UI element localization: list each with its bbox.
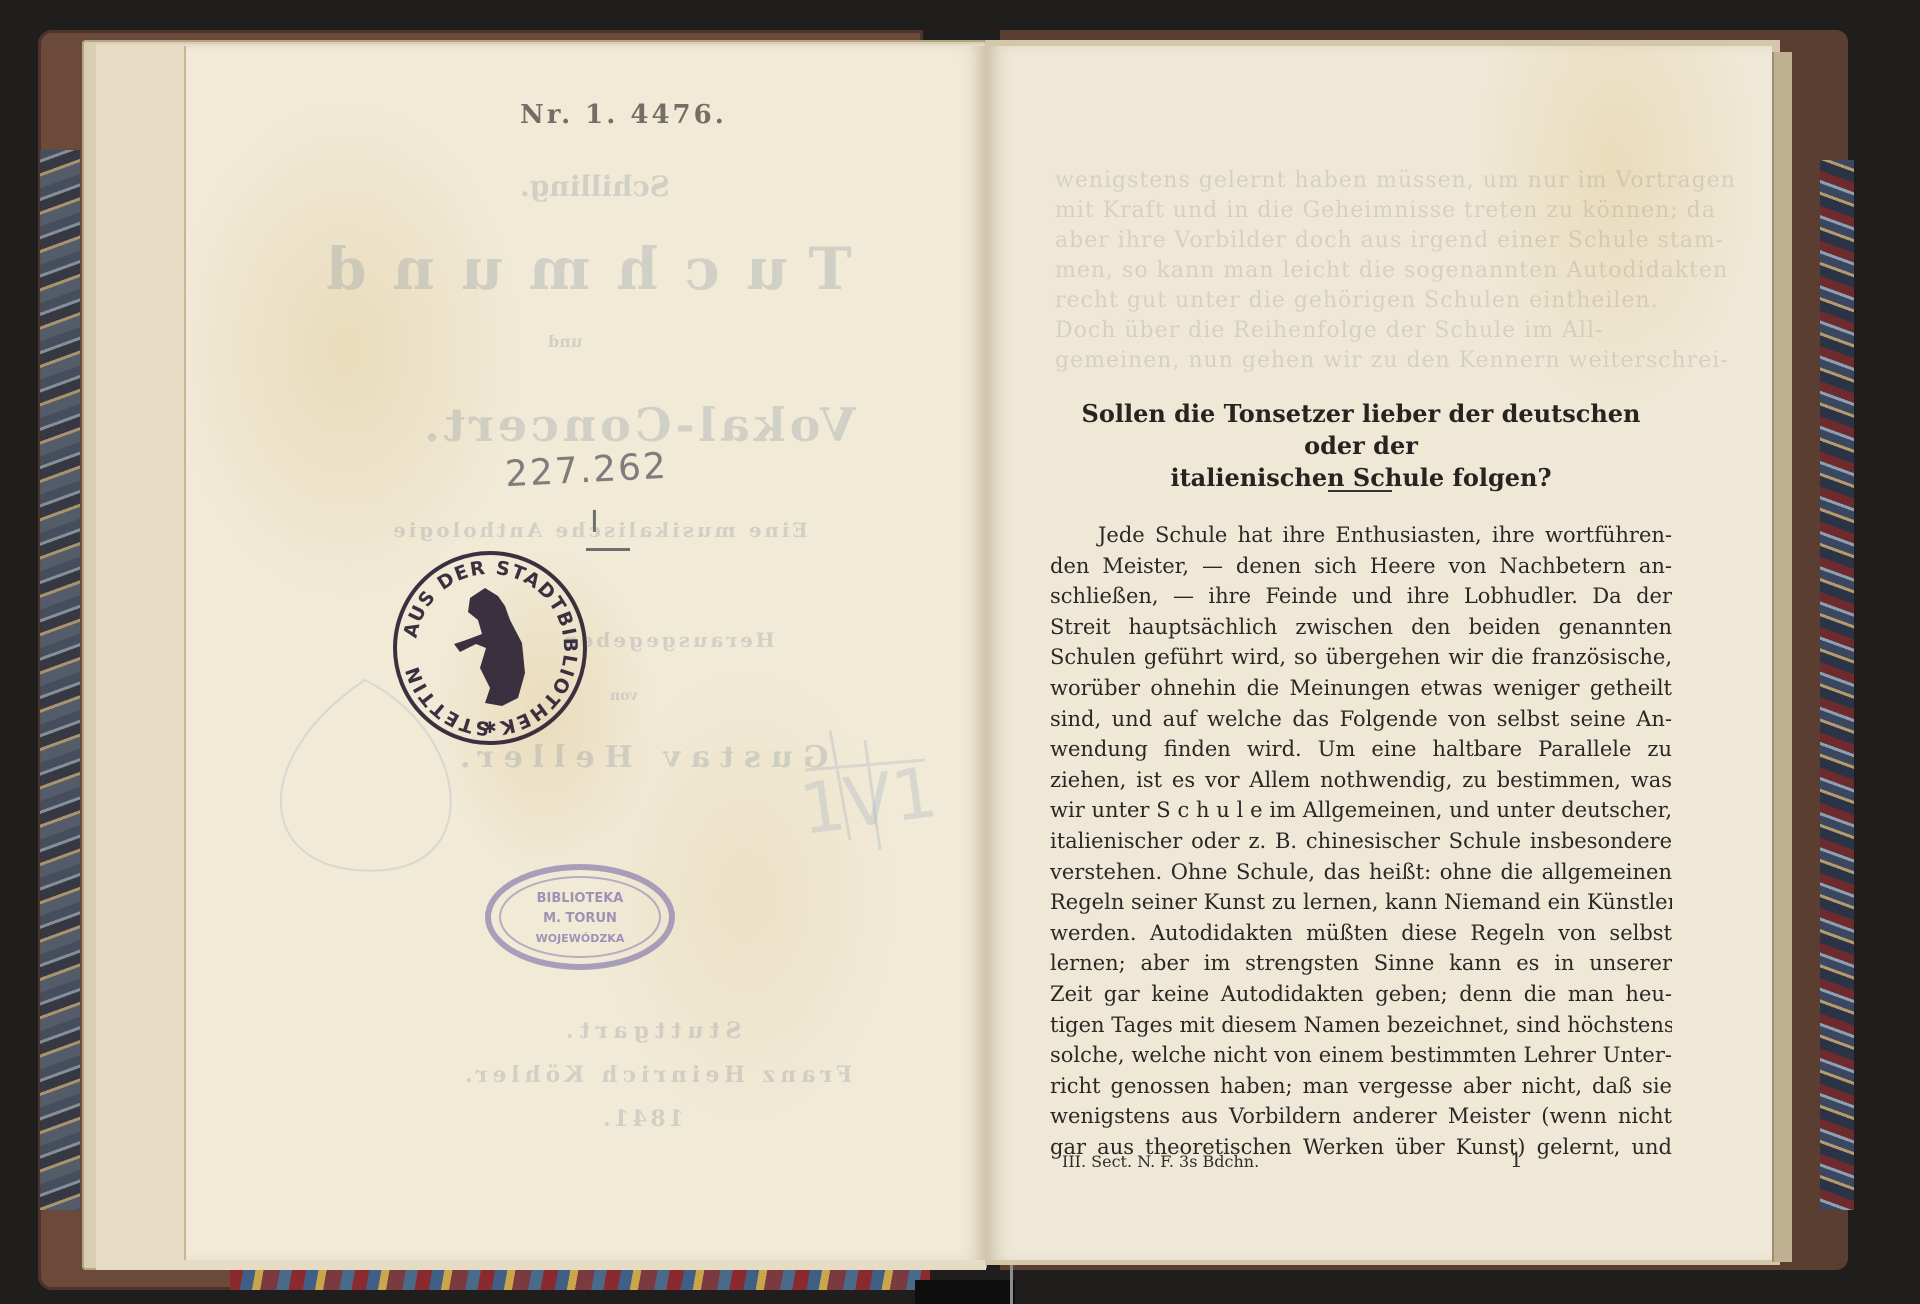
text-line: solche, welche nicht von einem bestimmte… <box>1050 1040 1672 1071</box>
handwritten-shelfmark-sub: I <box>590 505 599 540</box>
shelfmark-underline <box>586 548 630 551</box>
text-line: Streit hauptsächlich zwischen den beiden… <box>1050 612 1672 643</box>
heading-rule <box>1328 490 1392 492</box>
ghost-line: Franz Heinrich Köhler. <box>460 1062 852 1088</box>
ghost-line: 1841. <box>600 1106 684 1132</box>
ghost-line: Tuchmund <box>300 235 852 303</box>
ghost-line: men, so kann man leicht die sogenannten … <box>1055 258 1728 283</box>
text-line: italienischer oder z. B. chinesischer Sc… <box>1050 826 1672 857</box>
ghost-line: Doch über die Reihenfolge der Schule im … <box>1055 318 1603 343</box>
text-line: den Meister, — denen sich Heere von Nach… <box>1050 551 1672 582</box>
griffin-icon <box>454 588 525 706</box>
text-line: wir unter S c h u l e im Allgemeinen, un… <box>1050 795 1672 826</box>
star-icon: ✱ <box>483 718 496 737</box>
text-line: sind, und auf welche das Folgende von se… <box>1050 704 1672 735</box>
oval-stamp-torun: BIBLIOTEKA M. TORUN WOJEWÓDZKA <box>480 860 680 975</box>
text-line: worüber ohnehin die Meinungen etwas weni… <box>1050 673 1672 704</box>
ghost-line: Stuttgart. <box>560 1018 741 1044</box>
marbled-board-right <box>1820 160 1854 1210</box>
marbled-board-left <box>40 150 80 1210</box>
oval-stamp-line: BIBLIOTEKA <box>537 891 624 906</box>
ghost-line: mit Kraft und in die Geheimnisse treten … <box>1055 198 1716 223</box>
ghost-line: wenigstens gelernt haben müssen, um nur … <box>1055 168 1736 193</box>
ghost-line: und <box>548 332 582 351</box>
text-line: richt genossen haben; man vergesse aber … <box>1050 1071 1672 1102</box>
text-line: verstehen. Ohne Schule, das heißt: ohne … <box>1050 857 1672 888</box>
text-line: Jede Schule hat ihre Enthusiasten, ihre … <box>1050 520 1672 551</box>
text-line: tigen Tages mit diesem Namen bezeichnet,… <box>1050 1010 1672 1041</box>
ink-note-top: Nr. 1. 4476. <box>520 100 727 130</box>
text-line: wendung finden wird. Um eine haltbare Pa… <box>1050 734 1672 765</box>
oval-stamp-line: M. TORUN <box>543 911 617 926</box>
signature-mark: III. Sect. N. F. 3s Bdchn. <box>1062 1152 1259 1171</box>
ghost-line: gemeinen, nun gehen wir zu den Kennern w… <box>1055 348 1729 373</box>
signature-number: 1 <box>1510 1148 1523 1172</box>
text-line: lernen; aber im strengsten Sinne kann es… <box>1050 948 1672 979</box>
page-edges-right <box>1772 52 1792 1262</box>
ghost-line: Eine musikalische Anthologie <box>390 518 808 542</box>
oval-stamp-line: WOJEWÓDZKA <box>536 932 625 945</box>
ghost-line: aber ihre Vorbilder doch aus irgend eine… <box>1055 228 1724 253</box>
text-line: schließen, — ihre Feinde und ihre Lobhud… <box>1050 581 1672 612</box>
handwritten-shelfmark: 227.262 <box>504 446 669 495</box>
text-line: Schulen geführt wird, so übergehen wir d… <box>1050 642 1672 673</box>
heading-line: Sollen die Tonsetzer lieber der deutsche… <box>1050 398 1672 462</box>
ghost-line: Schilling. <box>520 170 670 203</box>
spine-gap <box>915 1280 1015 1304</box>
text-line: werden. Autodidakten müßten diese Regeln… <box>1050 918 1672 949</box>
ghost-line: recht gut unter die gehörigen Schulen ei… <box>1055 288 1659 313</box>
body-text: Jede Schule hat ihre Enthusiasten, ihre … <box>1050 520 1672 1162</box>
text-line: Regeln seiner Kunst zu lernen, kann Niem… <box>1050 887 1672 918</box>
library-stamp-stettin: AUS DER STADTBIBLIOTHEK STETTIN ✱ <box>390 548 590 748</box>
text-line: Zeit gar keine Autodidakten geben; denn … <box>1050 979 1672 1010</box>
text-line: ziehen, ist es vor Allem nothwendig, zu … <box>1050 765 1672 796</box>
chapter-heading: Sollen die Tonsetzer lieber der deutsche… <box>1050 398 1672 494</box>
ghost-line: Vokal-Concert. <box>420 398 856 452</box>
text-line: wenigstens aus Vorbildern anderer Meiste… <box>1050 1101 1672 1132</box>
